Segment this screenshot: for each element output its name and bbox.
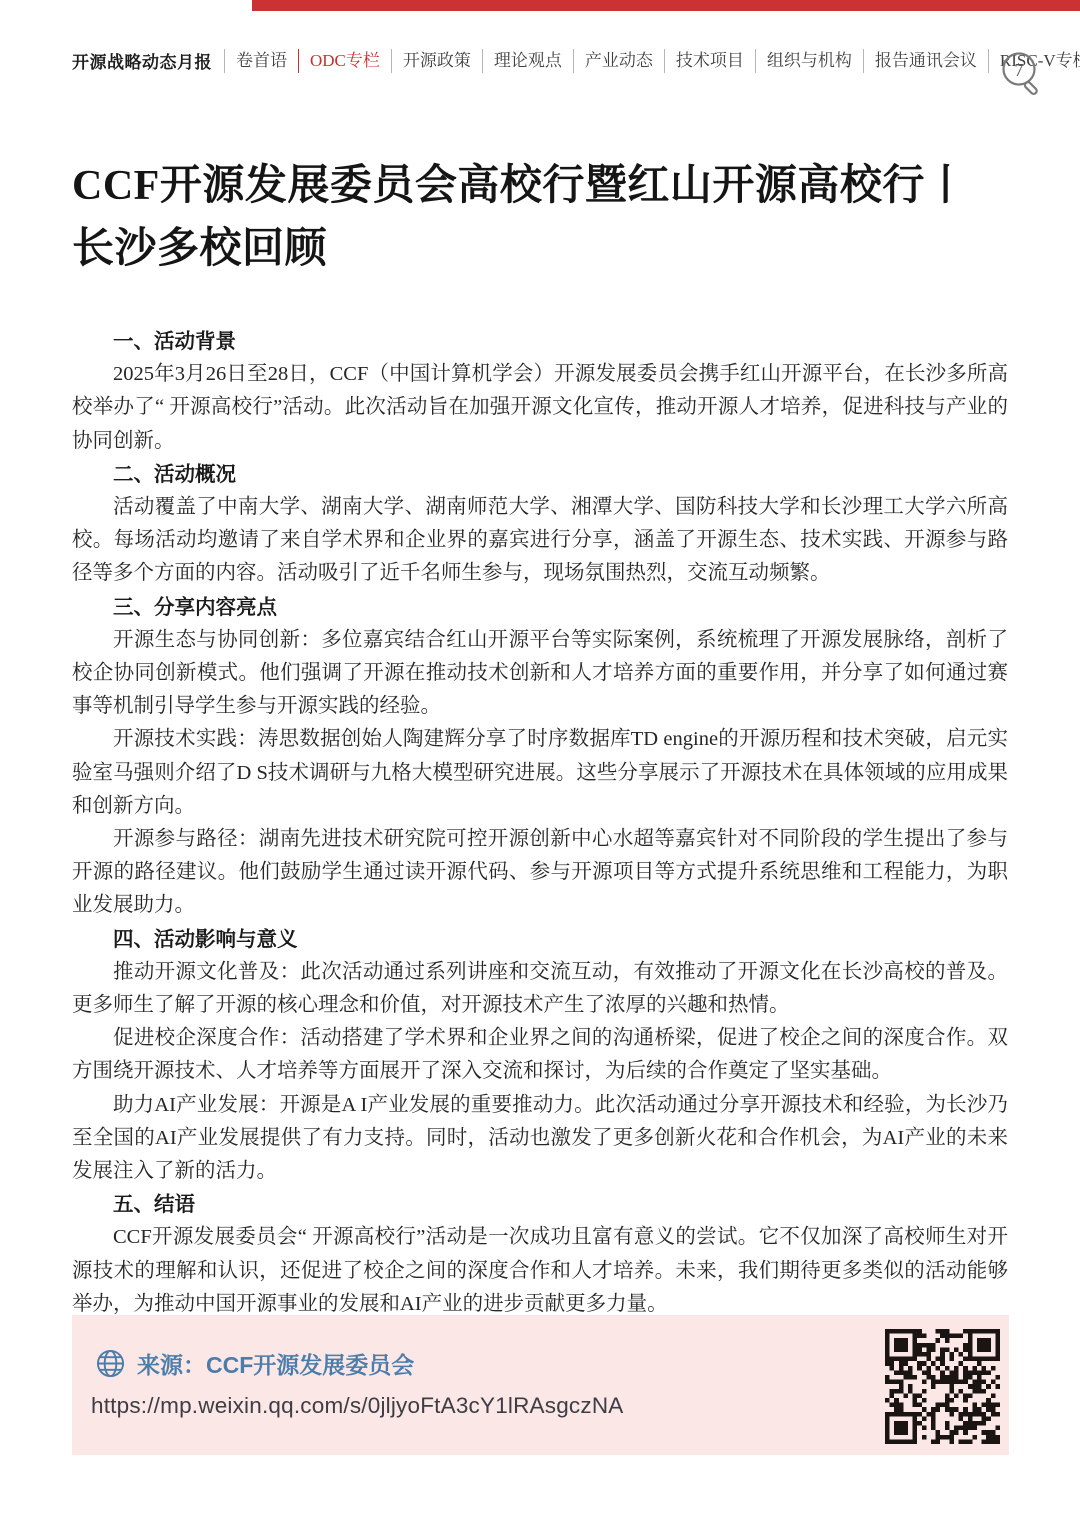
page: 开源战略动态月报 卷首语 ODC专栏 开源政策 理论观点 产业动态 技术项目 组… xyxy=(0,0,1080,1528)
section-heading-4: 四、活动影响与意义 xyxy=(72,923,1008,956)
source-line: 来源：CCF开源发展委员会 xyxy=(96,1347,414,1380)
top-accent-bar xyxy=(252,0,1080,11)
article-body: 一、活动背景 2025年3月26日至28日，CCF（中国计算机学会）开源发展委员… xyxy=(72,325,1008,1321)
globe-icon xyxy=(96,1349,125,1378)
qr-code xyxy=(885,1329,1000,1444)
page-number-magnifier-icon: 7 xyxy=(1000,50,1046,100)
nav-item-industry-trends[interactable]: 产业动态 xyxy=(573,49,664,73)
nav-item-juanshouyu[interactable]: 卷首语 xyxy=(224,49,298,73)
nav-item-odc-column[interactable]: ODC专栏 xyxy=(298,49,391,73)
nav-item-theory-views[interactable]: 理论观点 xyxy=(482,49,573,73)
section-heading-5: 五、结语 xyxy=(72,1188,1008,1221)
section-heading-2: 二、活动概况 xyxy=(72,458,1008,491)
paragraph: 活动覆盖了中南大学、湖南大学、湖南师范大学、湘潭大学、国防科技大学和长沙理工大学… xyxy=(72,491,1008,591)
nav-item-reports-meetings[interactable]: 报告通讯会议 xyxy=(863,49,988,73)
source-url[interactable]: https://mp.weixin.qq.com/s/0jljyoFtA3cY1… xyxy=(91,1393,624,1419)
paragraph: 助力AI产业发展：开源是A I产业发展的重要推动力。此次活动通过分享开源技术和经… xyxy=(72,1089,1008,1189)
article-title: CCF开源发展委员会高校行暨红山开源高校行丨长沙多校回顾 xyxy=(72,155,1008,281)
nav-item-organizations[interactable]: 组织与机构 xyxy=(755,49,863,73)
paragraph: 开源技术实践：涛思数据创始人陶建辉分享了时序数据库TD engine的开源历程和… xyxy=(72,723,1008,823)
paragraph: 2025年3月26日至28日，CCF（中国计算机学会）开源发展委员会携手红山开源… xyxy=(72,358,1008,458)
paragraph: CCF开源发展委员会“ 开源高校行”活动是一次成功且富有意义的尝试。它不仅加深了… xyxy=(72,1221,1008,1321)
section-heading-3: 三、分享内容亮点 xyxy=(72,591,1008,624)
header-nav: 开源战略动态月报 卷首语 ODC专栏 开源政策 理论观点 产业动态 技术项目 组… xyxy=(72,48,1008,73)
paragraph: 开源生态与协同创新：多位嘉宾结合红山开源平台等实际案例，系统梳理了开源发展脉络，… xyxy=(72,624,1008,724)
section-heading-1: 一、活动背景 xyxy=(72,325,1008,358)
article: CCF开源发展委员会高校行暨红山开源高校行丨长沙多校回顾 一、活动背景 2025… xyxy=(72,155,1008,1321)
source-box: 来源：CCF开源发展委员会 https://mp.weixin.qq.com/s… xyxy=(72,1315,1009,1455)
nav-item-open-source-policy[interactable]: 开源政策 xyxy=(391,49,482,73)
paragraph: 推动开源文化普及：此次活动通过系列讲座和交流互动，有效推动了开源文化在长沙高校的… xyxy=(72,956,1008,1022)
nav-item-tech-projects[interactable]: 技术项目 xyxy=(664,49,755,73)
brand-title: 开源战略动态月报 xyxy=(72,48,224,73)
paragraph: 开源参与路径：湖南先进技术研究院可控开源创新中心水超等嘉宾针对不同阶段的学生提出… xyxy=(72,823,1008,923)
source-label: 来源：CCF开源发展委员会 xyxy=(137,1347,414,1380)
page-number: 7 xyxy=(1015,60,1024,80)
paragraph: 促进校企深度合作：活动搭建了学术界和企业界之间的沟通桥梁，促进了校企之间的深度合… xyxy=(72,1022,1008,1088)
